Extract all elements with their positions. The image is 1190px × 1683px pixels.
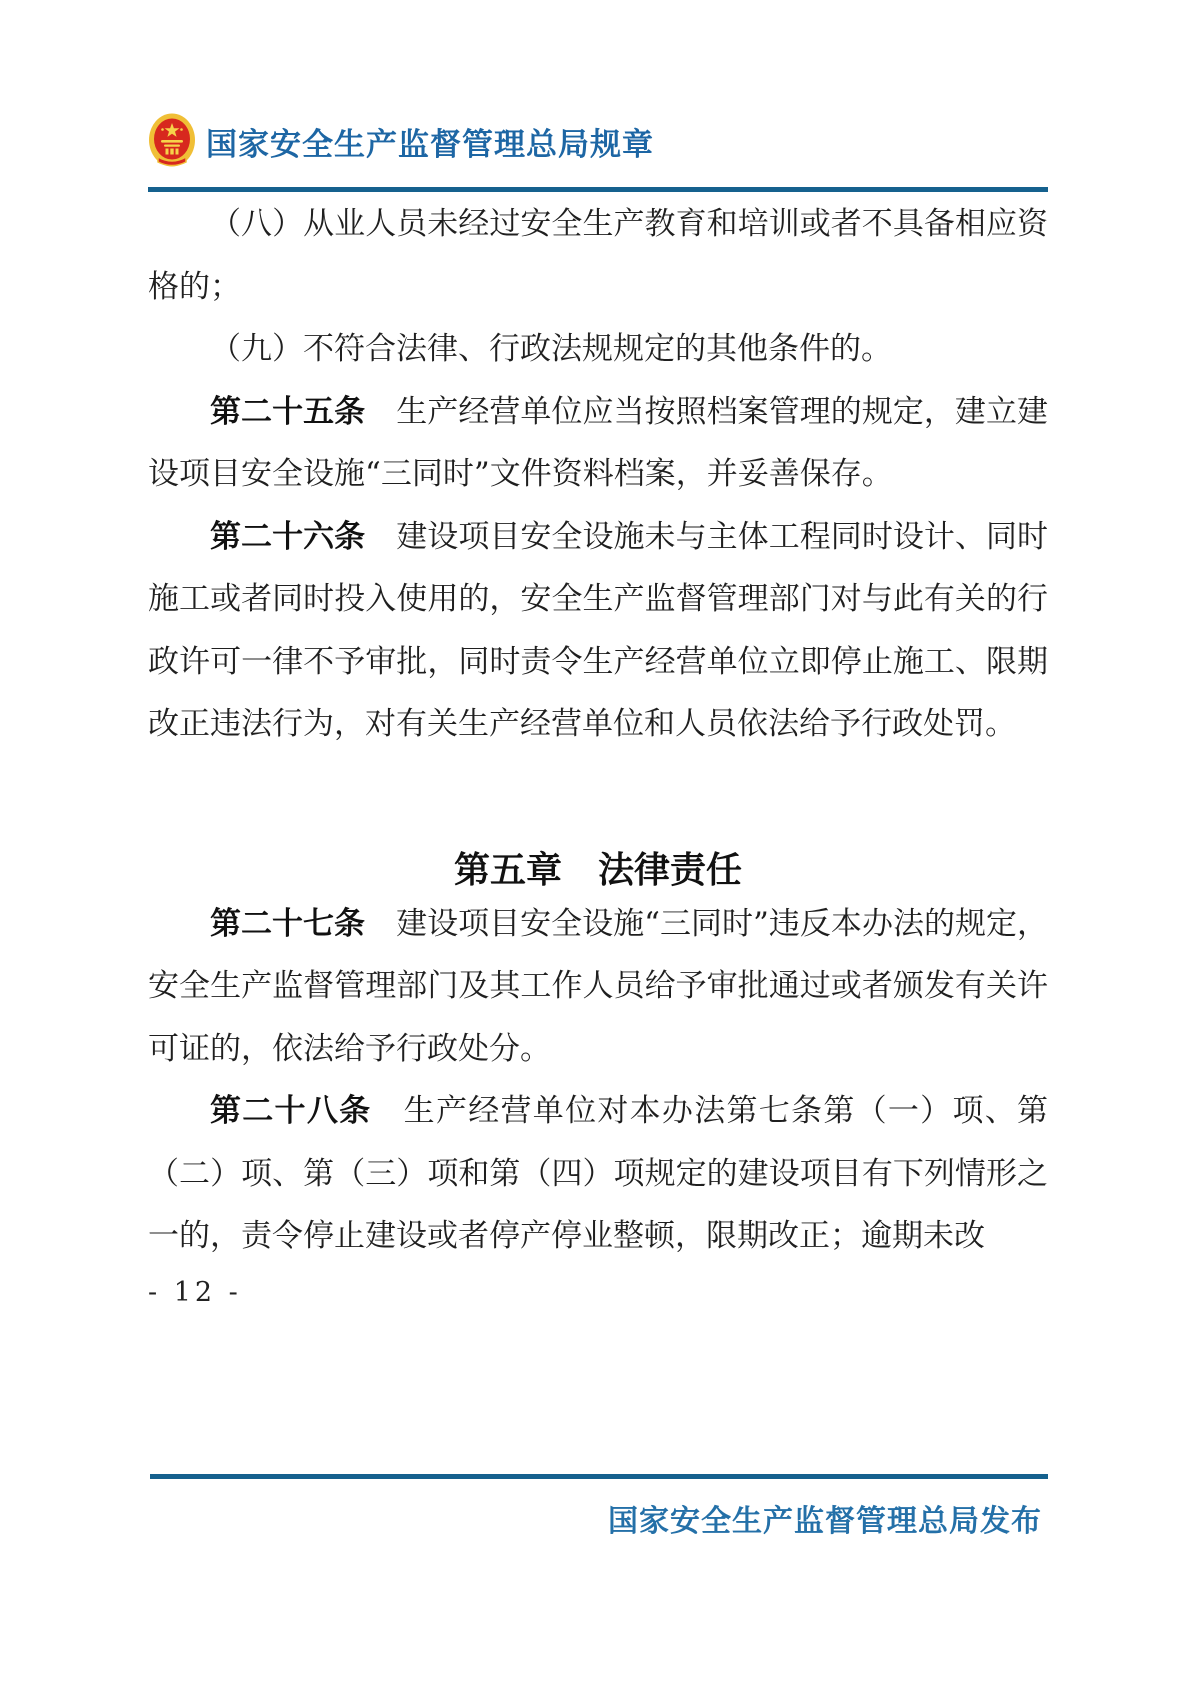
header-divider bbox=[148, 187, 1048, 192]
national-emblem-icon bbox=[148, 113, 196, 169]
page-number: - 12 - bbox=[148, 1276, 1048, 1310]
paragraph-text: （八）从业人员未经过安全生产教育和培训或者不具备相应资格的； bbox=[148, 206, 1048, 305]
article-28-number: 第二十八条 bbox=[210, 1093, 371, 1129]
paragraph-item-9: （九）不符合法律、行政法规规定的其他条件的。 bbox=[148, 318, 1048, 381]
footer-publisher: 国家安全生产监督管理总局发布 bbox=[608, 1496, 1042, 1540]
article-26-number: 第二十六条 bbox=[210, 519, 365, 555]
paragraph-article-28: 第二十八条 生产经营单位对本办法第七条第（一）项、第（二）项、第（三）项和第（四… bbox=[148, 1080, 1048, 1268]
paragraph-item-8: （八）从业人员未经过安全生产教育和培训或者不具备相应资格的； bbox=[148, 193, 1048, 318]
paragraph-article-27: 第二十七条 建设项目安全设施“三同时”违反本办法的规定，安全生产监督管理部门及其… bbox=[148, 893, 1048, 1081]
article-25-number: 第二十五条 bbox=[210, 394, 365, 430]
paragraph-article-25: 第二十五条 生产经营单位应当按照档案管理的规定，建立建设项目安全设施“三同时”文… bbox=[148, 381, 1048, 506]
page-header: 国家安全生产监督管理总局规章 bbox=[148, 112, 1042, 170]
document-page: 国家安全生产监督管理总局规章 （八）从业人员未经过安全生产教育和培训或者不具备相… bbox=[0, 0, 1190, 1683]
chapter-heading: 第五章 法律责任 bbox=[148, 849, 1048, 893]
article-27-number: 第二十七条 bbox=[210, 906, 365, 942]
document-body: （八）从业人员未经过安全生产教育和培训或者不具备相应资格的； （九）不符合法律、… bbox=[148, 193, 1048, 1310]
paragraph-article-26: 第二十六条 建设项目安全设施未与主体工程同时设计、同时施工或者同时投入使用的，安… bbox=[148, 506, 1048, 756]
paragraph-text: （九）不符合法律、行政法规规定的其他条件的。 bbox=[210, 331, 892, 367]
footer-divider bbox=[150, 1474, 1048, 1479]
header-title: 国家安全生产监督管理总局规章 bbox=[206, 119, 654, 164]
